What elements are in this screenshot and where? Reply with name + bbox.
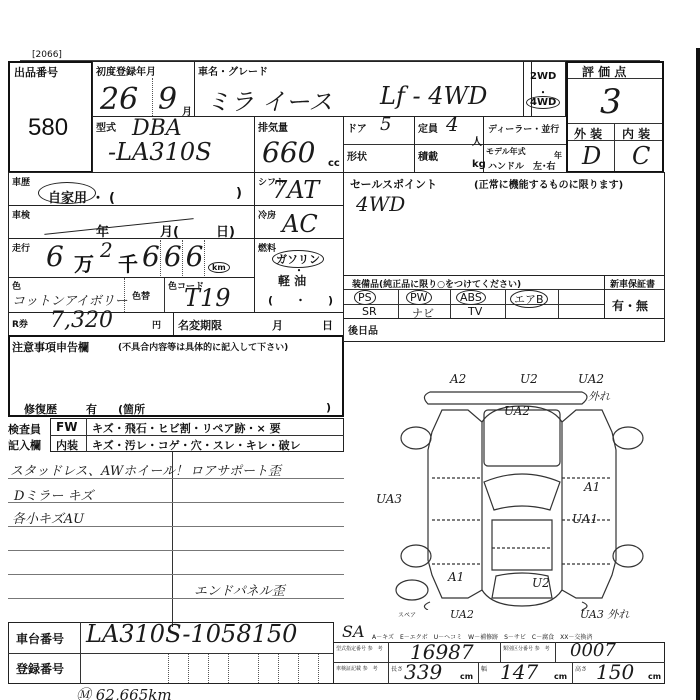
chassis-label: 車台番号 [16, 630, 64, 647]
category-label: 類別区分番号 参 考 [503, 645, 553, 652]
spec-col-2 [500, 642, 501, 662]
height-unit: cm [648, 672, 661, 681]
shape-label: 形状 [347, 148, 367, 163]
damage-legend: A－キズ E－エクボ U－ヘコミ W－補修跡 S－サビ C－腐食 XX－交換済 [372, 632, 592, 641]
equipment-sr: SR [362, 305, 377, 318]
ac-value: AC [282, 210, 318, 238]
repair-close: ) [326, 401, 331, 414]
car-grade: Lf - 4WD [380, 82, 487, 110]
interior-grade: C [632, 142, 650, 170]
first-registration-month: 9 [158, 82, 177, 117]
inspector-label: 検査員 [8, 421, 41, 437]
mark-front-bumper-right: UA2 [578, 372, 604, 386]
width-unit: cm [554, 672, 567, 681]
chassis-number: LA310S-1058150 [86, 620, 297, 648]
repair-label: 修復歴 [24, 401, 57, 417]
handle-label: ハンドル 左･右 [488, 159, 556, 172]
man-unit: 万 [74, 248, 94, 277]
remark-left-1: スタッドレス、AWホイール！ [10, 460, 188, 479]
fw-items: キズ・飛石・ヒビ割・リペア跡・× 要 [92, 420, 281, 436]
inspector-col-divider [86, 418, 87, 452]
mark-right-rear-door: UA1 [572, 512, 598, 526]
private-use-circle [38, 182, 96, 204]
chassis-col-divider [80, 622, 81, 684]
sales-point-label: セールスポイント [350, 176, 437, 192]
reg-sep-4 [228, 654, 229, 683]
fw-label: FW [56, 420, 77, 434]
type-cert-label: 型式指定番号 参 考 [336, 645, 386, 652]
shift-value: 7AT [272, 176, 319, 204]
equip-col-1 [398, 289, 399, 319]
mark-front-bumper-left: A2 [450, 372, 466, 386]
reg-sep-3 [208, 654, 209, 683]
mark-left-rear-fender: A1 [448, 570, 464, 584]
cc-unit: cc [328, 158, 340, 169]
mark-front-bumper-right-note: 外れ [588, 388, 610, 404]
spec-col-4 [478, 662, 479, 684]
capacity-value: 4 [446, 112, 459, 136]
mileage-sen: 2 [100, 238, 113, 262]
reg-sep-5 [258, 654, 259, 683]
sen-unit: 千 [118, 248, 138, 277]
name-change-day: 日 [322, 317, 333, 333]
person-unit: 人 [472, 133, 482, 148]
year-month-divider [152, 78, 153, 116]
entry-label: 記入欄 [8, 437, 41, 453]
equip-col-3 [505, 289, 506, 319]
kg-unit: kg [472, 159, 486, 170]
drive-4wd: 4WD [526, 96, 560, 109]
color-value: コットンアイボリー [12, 290, 128, 309]
mark-rear-bumper-right: UA3 外れ [580, 606, 629, 622]
sa-mark: SA [342, 622, 365, 641]
cert-label: 車検証記載 参 考 [336, 665, 386, 672]
registration-label: 登録番号 [16, 660, 64, 677]
equip-col-4 [558, 289, 559, 319]
equipment-tv: TV [468, 305, 482, 318]
inspection-label: 車検 [12, 208, 30, 221]
recycle-value: 7,320 [50, 308, 113, 333]
capacity-label: 定員 [418, 120, 438, 135]
drive-2wd: 2WD [530, 71, 556, 82]
first-registration-year: 26 [100, 82, 138, 117]
score-divider-2 [568, 123, 662, 124]
equipment-airbag: エアB [510, 290, 548, 308]
score-divider [568, 78, 662, 79]
sheet-code: [2066] [32, 50, 62, 60]
equip-col-2 [450, 289, 451, 319]
lot-number-label: 出品番号 [14, 64, 58, 80]
lot-number: 580 [28, 114, 68, 142]
mark-front-bumper-center: U2 [520, 372, 538, 386]
mileage-rest: 666 [142, 240, 207, 273]
equipment-pw: PW [406, 290, 432, 305]
model-code: -LA310S [108, 138, 212, 166]
length-label: 長さ [391, 664, 403, 673]
reg-sep-8 [318, 654, 319, 683]
length-unit: cm [460, 672, 473, 681]
spec-col-5 [572, 662, 573, 684]
equipment-ps: PS [354, 290, 376, 305]
width-value: 147 [500, 660, 538, 684]
height-label: 高さ [575, 664, 587, 673]
ac-label: 冷房 [258, 208, 276, 221]
category-value: 0007 [570, 640, 616, 661]
later-items-box [343, 318, 665, 342]
model-label: 型式 [96, 119, 116, 134]
fuel-other: ( ・ ) [268, 292, 333, 308]
remark-right-1: ロアサポート歪 [190, 460, 281, 479]
rule-6 [8, 598, 344, 599]
mark-rear-bumper-left: UA2 [450, 608, 474, 621]
mark-right-front-door: A1 [584, 480, 600, 494]
ext-int-header-divider [568, 140, 662, 141]
mileage-man: 6 [46, 240, 64, 273]
fuel-label: 燃料 [258, 241, 276, 254]
door-label: ドア [347, 120, 367, 135]
chassis-row-divider [8, 653, 334, 654]
displacement-label: 排気量 [258, 119, 288, 134]
sales-point-value: 4WD [356, 192, 405, 216]
color-change-label: 色替 [132, 289, 150, 302]
remark-left-2: Dミラー キズ [14, 485, 93, 504]
reg-sep-2 [188, 654, 189, 683]
name-change-month: 月 [272, 317, 283, 333]
interior-items-label: 内装 [56, 437, 78, 453]
km-unit: km [208, 262, 230, 273]
car-name: ミラ イース [206, 82, 332, 117]
color-code-divider [164, 278, 165, 312]
color-divider [124, 278, 125, 312]
door-count: 5 [380, 114, 391, 135]
notes-hint: (不具合内容等は具体的に記入して下さい) [118, 340, 288, 353]
ext-int-divider [614, 123, 615, 171]
first-registration-label: 初度登録年月 [96, 63, 156, 78]
sales-point-note: (正常に機能するものに限ります) [474, 176, 623, 191]
repair-has: 有 [86, 401, 97, 417]
spec-col-3 [555, 642, 556, 662]
reg-sep-7 [298, 654, 299, 683]
overall-score: 3 [600, 82, 622, 122]
displacement-value: 660 [262, 136, 315, 169]
yen-unit: 円 [152, 318, 161, 331]
car-name-label: 車名・グレード [198, 63, 268, 78]
notes-label: 注意事項申告欄 [12, 339, 89, 355]
dealer-label: ディーラー・並行 [488, 122, 559, 135]
interior-items: キズ・汚レ・コゲ・穴・スレ・キレ・破レ [92, 437, 301, 453]
remark-right-2: エンドパネル歪 [194, 580, 285, 599]
repair-place: (箇所 [118, 401, 145, 417]
width-label: 幅 [481, 664, 487, 673]
reg-sep-1 [168, 654, 169, 683]
odometer-note: Ⓜ 62,665km [76, 684, 172, 700]
exterior-grade: D [582, 142, 601, 170]
rule-4 [8, 550, 344, 551]
load-label: 積載 [418, 148, 438, 163]
remark-left-3: 各小キズAU [12, 508, 84, 527]
height-value: 150 [596, 660, 634, 684]
mark-back-door: U2 [532, 576, 550, 590]
history-close: ) [236, 186, 242, 201]
length-value: 339 [404, 660, 442, 684]
equipment-abs: ABS [456, 290, 486, 305]
reg-sep-6 [278, 654, 279, 683]
later-items-label: 後日品 [348, 322, 378, 337]
mileage-label: 走行 [12, 241, 30, 254]
spec-col-1 [388, 642, 389, 684]
warranty-value: 有・無 [612, 297, 648, 314]
history-label: 車歴 [12, 175, 30, 188]
color-code-value: T19 [184, 284, 231, 312]
rule-5 [8, 574, 344, 575]
fuel-diesel: 軽 油 [278, 272, 306, 289]
mark-hood: UA2 [504, 404, 530, 418]
spare-label: スペア [398, 610, 416, 619]
mark-left-side: UA3 [376, 492, 402, 506]
model-year-label: モデル年式 [486, 146, 526, 157]
recycle-label: R券 [12, 317, 28, 330]
document-edge [696, 48, 700, 700]
name-change-label: 名変期限 [178, 317, 222, 333]
warranty-divider [605, 289, 664, 290]
